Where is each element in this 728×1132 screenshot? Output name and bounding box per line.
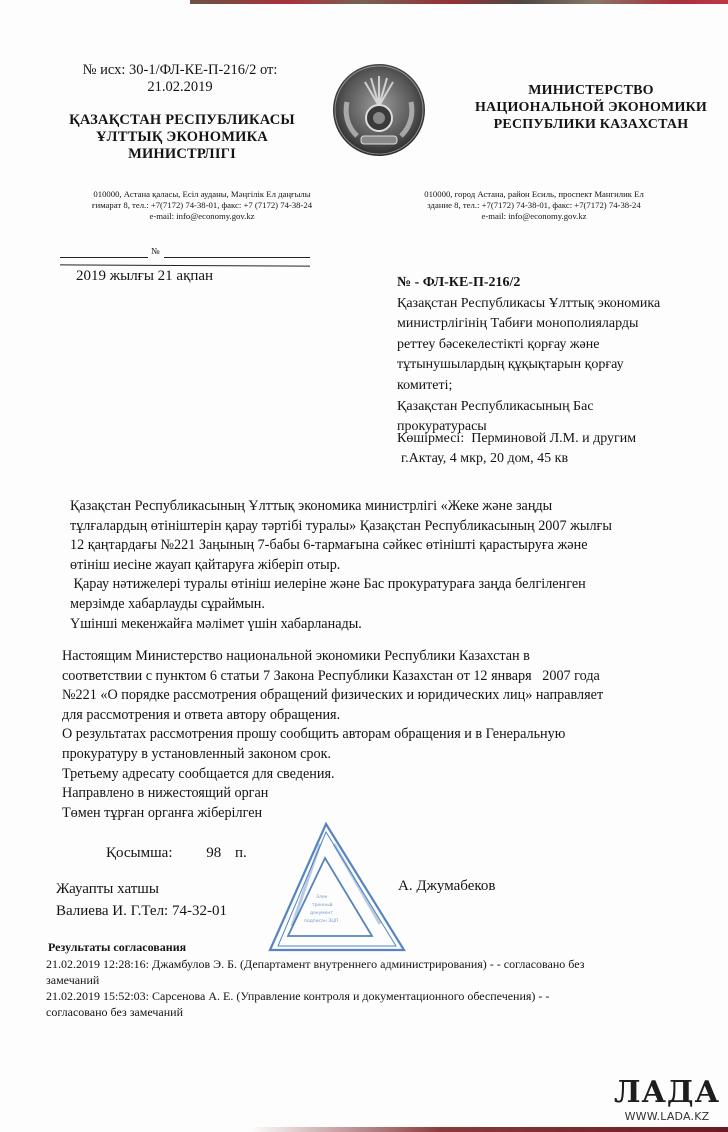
body-line: мерзімде хабарлауды сұраймын. [70,595,720,615]
recipient-ref: № - ФЛ-КЕ-П-216/2 [397,273,717,294]
svg-text:тронный: тронный [312,901,333,908]
attachment-label: Қосымша: [106,845,172,861]
watermark-logo: ЛАДА WWW.LADA.KZ [612,1078,722,1123]
body-line: өтініш иесіне жауап қайтаруға жіберіп от… [70,556,720,576]
executor-role: Жауапты хатшы [56,878,227,900]
ministry-title-ru-line: РЕСПУБЛИКИ КАЗАХСТАН [460,116,722,133]
document-date-kz: 2019 жылғы 21 ақпан [76,268,213,285]
blank-line [60,264,310,266]
blank-line [60,257,148,258]
body-line: Третьему адресату сообщается для сведени… [62,765,722,785]
approvals-title: Результаты согласования [48,940,186,955]
body-line: 12 қаңтардағы №221 Заңының 7-бабы 6-тарм… [70,536,720,556]
state-emblem-icon [331,62,427,158]
copy-address: г.Актау, 4 мкр, 20 дом, 45 кв [397,449,717,469]
watermark-url: WWW.LADA.KZ [612,1110,722,1123]
email-line: e-mail: info@economy.gov.kz [52,211,352,222]
body-line: для рассмотрения и ответа автору обращен… [62,706,722,726]
outgoing-ref-date: 21.02.2019 [60,79,300,96]
body-text-ru: Настоящим Министерство национальной экон… [62,647,722,823]
copy-recipient: Перминовой Л.М. и другим [471,431,636,446]
bottom-border-strip [250,1127,728,1132]
recipient-line: Қазақстан Республикасы Ұлттық экономика [397,294,717,315]
address-line: здание 8, тел.: +7(7172) 74-38-01, факс:… [384,200,684,211]
copy-label: Көшірмесі: [397,431,464,446]
ministry-title-ru: МИНИСТЕРСТВО НАЦИОНАЛЬНОЙ ЭКОНОМИКИ РЕСП… [460,82,722,133]
svg-text:подписан ЭЦП: подписан ЭЦП [304,918,338,924]
approval-entry: замечаний [46,972,718,988]
registration-number-line: № [60,246,310,260]
recipient-line: комитеті; [397,376,717,397]
recipient-line: реттеу бәсекелестікті қорғау және [397,335,717,356]
svg-text:документ: документ [310,911,333,916]
approval-entry: 21.02.2019 12:28:16: Джамбулов Э. Б. (Де… [46,956,718,972]
recipient-line: Қазақстан Республикасының Бас [397,397,717,418]
recipient-line: тұтынушылардың құқықтарын қорғау [397,355,717,376]
copy-to-block: Көшірмесі: Перминовой Л.М. и другим г.Ак… [397,429,717,469]
signer-name: А. Джумабеков [398,878,495,895]
ministry-title-kz-line: МИНИСТРЛІГІ [52,146,312,163]
address-ru: 010000, город Астана, район Есиль, просп… [384,189,684,222]
svg-text:Элек: Элек [316,894,328,900]
number-sign: № [151,246,160,256]
ministry-title-kz-line: ҚАЗАҚСТАН РЕСПУБЛИКАСЫ [52,112,312,129]
executor-block: Жауапты хатшы Валиева И. Г.Тел: 74-32-01 [56,878,227,922]
ministry-title-ru-line: НАЦИОНАЛЬНОЙ ЭКОНОМИКИ [460,99,722,116]
attachment-count: 98 [206,845,221,861]
ministry-title-kz: ҚАЗАҚСТАН РЕСПУБЛИКАСЫ ҰЛТТЫҚ ЭКОНОМИКА … [52,112,312,163]
address-line: 010000, город Астана, район Есиль, просп… [384,189,684,200]
recipients-block: № - ФЛ-КЕ-П-216/2 Қазақстан Республикасы… [397,273,717,438]
body-line: Төмен тұрған органға жіберілген [62,804,722,824]
body-text-kz: Қазақстан Республикасының Ұлттық экономи… [70,497,720,634]
body-line: Направлено в нижестоящий орган [62,784,722,804]
body-line: №221 «О порядке рассмотрения обращений ф… [62,686,722,706]
executor-name-phone: Валиева И. Г.Тел: 74-32-01 [56,900,227,922]
ministry-title-ru-line: МИНИСТЕРСТВО [460,82,722,99]
top-border-strip [190,0,728,4]
body-line: Қазақстан Республикасының Ұлттық экономи… [70,497,720,517]
body-line: прокуратуру в установленный законом срок… [62,745,722,765]
attachment-line: Қосымша: 98 п. [106,845,247,862]
approvals-list: 21.02.2019 12:28:16: Джамбулов Э. Б. (Де… [46,956,718,1020]
recipient-line: министрлігінің Табиғи монополияларды [397,314,717,335]
watermark-name: ЛАДА [612,1078,722,1108]
body-line: Настоящим Министерство национальной экон… [62,647,722,667]
address-kz: 010000, Астана қаласы, Есіл ауданы, Мәңг… [52,189,352,222]
outgoing-ref-number: № исх: 30-1/ФЛ-КЕ-П-216/2 от: [60,62,300,79]
body-line: соответствии с пунктом 6 статьи 7 Закона… [62,667,722,687]
body-line: Үшінші мекенжайға мәлімет үшін хабарлана… [70,615,720,635]
address-line: 010000, Астана қаласы, Есіл ауданы, Мәңг… [52,189,352,200]
outgoing-reference: № исх: 30-1/ФЛ-КЕ-П-216/2 от: 21.02.2019 [60,62,300,96]
approval-entry: согласовано без замечаний [46,1004,718,1020]
body-line: О результатах рассмотрения прошу сообщит… [62,725,722,745]
address-line: ғимарат 8, тел.: +7(7172) 74-38-01, факс… [52,200,352,211]
attachment-unit: п. [235,845,247,861]
stamp-triangle-icon: Элек тронный документ подписан ЭЦП [268,822,406,952]
email-line: e-mail: info@economy.gov.kz [384,211,684,222]
approval-entry: 21.02.2019 15:52:03: Сарсенова А. Е. (Уп… [46,988,718,1004]
body-line: Қарау нәтижелері туралы өтініш иелеріне … [70,575,720,595]
body-line: тұлғалардың өтініштерін қарау тәртібі ту… [70,517,720,537]
ministry-title-kz-line: ҰЛТТЫҚ ЭКОНОМИКА [52,129,312,146]
blank-line [164,257,310,258]
